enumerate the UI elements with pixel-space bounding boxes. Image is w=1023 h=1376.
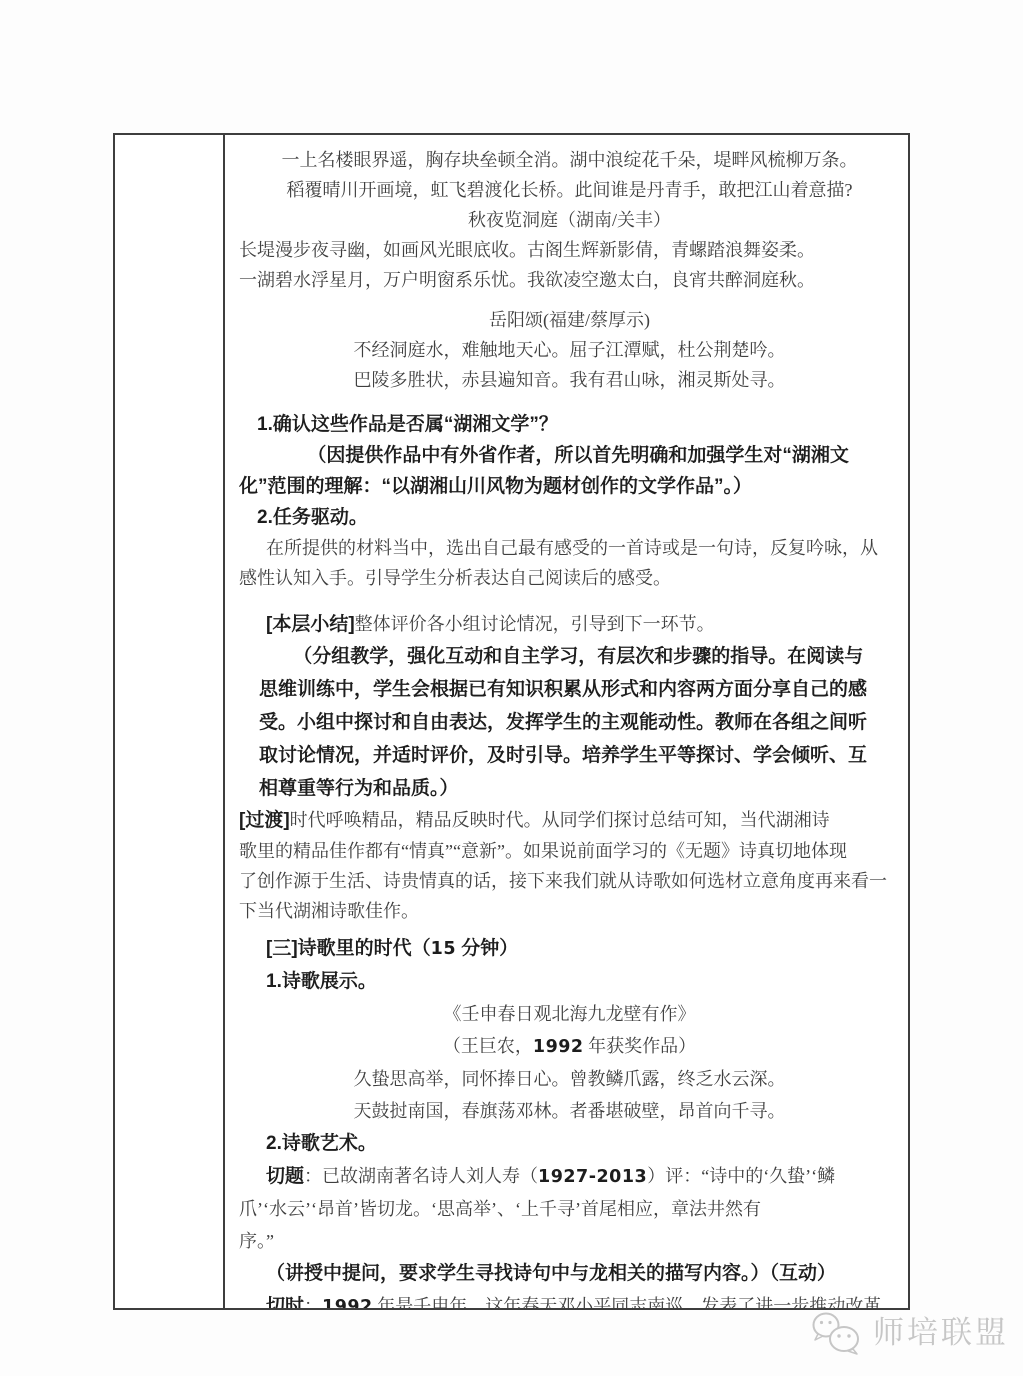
text-segment: （讲授中提问，要求学生寻找诗句中与龙相关的描写内容。）（互动） <box>266 1263 836 1284</box>
text-segment: 在所提供的材料当中，选出自己最有感受的一首诗或是一句诗，反复吟咏，从 <box>266 538 878 558</box>
text-segment: 受。小组中探讨和自由表达，发挥学生的主观能动性。教师在各组之间听 <box>259 712 867 733</box>
text-line: 1.诗歌展示。 <box>239 965 900 998</box>
text-line: 爪’‘水云’‘昂首’皆切龙。‘思高举’、‘上千寻’首尾相应，章法井然有 <box>239 1193 900 1225</box>
text-segment: 化”范围的理解：“以湖湘山川风物为题材创作的文学作品”。） <box>239 476 752 497</box>
text-segment: 下当代湖湘诗歌佳作。 <box>239 901 419 921</box>
text-segment: 序。” <box>239 1231 274 1251</box>
text-line: 序。” <box>239 1225 900 1257</box>
text-line: 歌里的精品佳作都有“情真”“意新”。如果说前面学习的《无题》诗真切地体现 <box>239 836 900 866</box>
text-segment: 岳阳颂(福建/蔡厚示) <box>489 310 650 330</box>
text-line: （因提供作品中有外省作者，所以首先明确和加强学生对“湖湘文 <box>239 440 900 471</box>
text-segment: （王巨农， <box>443 1036 533 1056</box>
text-line: 一上名楼眼界遥，胸存块垒顿全消。湖中浪绽花千朵，堤畔风梳柳万条。 <box>239 145 900 175</box>
table-content-cell: 一上名楼眼界遥，胸存块垒顿全消。湖中浪绽花千朵，堤畔风梳柳万条。稻覆晴川开画境，… <box>225 135 908 1308</box>
text-line: 切时：1992 年是壬申年，这年春天邓小平同志南巡，发表了进一步推动改革 <box>239 1290 900 1308</box>
text-line: 稻覆晴川开画境，虹飞碧渡化长桥。此间谁是丹青手，敢把江山着意描? <box>239 175 900 205</box>
text-line: 2.诗歌艺术。 <box>239 1127 900 1160</box>
lesson-plan-table: 一上名楼眼界遥，胸存块垒顿全消。湖中浪绽花千朵，堤畔风梳柳万条。稻覆晴川开画境，… <box>113 133 910 1310</box>
watermark-label: 师培联盟 <box>873 1310 1009 1356</box>
text-line: 巴陵多胜状，赤县遍知音。我有君山咏，湘灵斯处寻。 <box>239 365 900 395</box>
text-line: 切题：已故湖南著名诗人刘人寿（1927-2013）评：“诗中的‘久蛰’‘鳞 <box>239 1160 900 1193</box>
text-segment: 切时 <box>266 1296 304 1308</box>
text-segment: ）评：“诗中的‘久蛰’‘鳞 <box>647 1166 835 1186</box>
text-line: 相尊重等行为和品质。） <box>259 772 900 805</box>
text-line: 取讨论情况，并适时评价，及时引导。培养学生平等探讨、学会倾听、互 <box>259 739 900 772</box>
text-segment: 稻覆晴川开画境，虹飞碧渡化长桥。此间谁是丹青手，敢把江山着意描? <box>287 180 853 200</box>
text-segment: ：已故湖南著名诗人刘人寿（ <box>304 1166 538 1186</box>
text-segment: [过渡] <box>239 810 290 831</box>
text-segment: 年获奖作品） <box>584 1036 697 1056</box>
text-segment: （分组教学，强化互动和自主学习，有层次和步骤的指导。在阅读与 <box>293 646 863 667</box>
text-segment: 2.任务驱动。 <box>257 507 368 528</box>
text-segment: 不经洞庭水，难触地天心。屈子江潭赋，杜公荆楚吟。 <box>354 340 786 360</box>
text-segment: 切题 <box>266 1166 304 1187</box>
text-segment: 了创作源于生活、诗贵情真的话，接下来我们就从诗歌如何选材立意角度再来看一 <box>239 871 887 891</box>
text-line: 《壬申春日观北海九龙壁有作》 <box>239 998 900 1030</box>
text-segment: 巴陵多胜状，赤县遍知音。我有君山咏，湘灵斯处寻。 <box>354 370 786 390</box>
text-line: 岳阳颂(福建/蔡厚示) <box>239 305 900 335</box>
text-segment: 整体评价各小组讨论情况，引导到下一环节。 <box>355 614 715 634</box>
text-line: 在所提供的材料当中，选出自己最有感受的一首诗或是一句诗，反复吟咏，从 <box>239 533 900 563</box>
text-line: 长堤漫步夜寻幽，如画风光眼底收。古阁生辉新影倩，青螺踏浪舞姿柔。 <box>239 235 900 265</box>
text-segment: 1927-2013 <box>538 1167 647 1187</box>
text-line: 秋夜览洞庭（湖南/关丰） <box>239 205 900 235</box>
text-segment: 1.确认这些作品是否属“湖湘文学”？ <box>257 414 558 435</box>
text-line: 受。小组中探讨和自由表达，发挥学生的主观能动性。教师在各组之间听 <box>259 706 900 739</box>
text-segment: 分钟） <box>456 938 518 959</box>
chat-bubbles-logo-icon <box>811 1310 863 1356</box>
text-segment: 天鼓挝南国，春旗荡邓林。者番堪破壁，昂首向千寻。 <box>354 1101 786 1121</box>
text-segment: 歌里的精品佳作都有“情真”“意新”。如果说前面学习的《无题》诗真切地体现 <box>239 841 847 861</box>
text-segment: 相尊重等行为和品质。） <box>259 778 459 799</box>
content-lines: 一上名楼眼界遥，胸存块垒顿全消。湖中浪绽花千朵，堤畔风梳柳万条。稻覆晴川开画境，… <box>239 145 900 1308</box>
text-segment: 一湖碧水浮星月，万户明窗系乐忧。我欲凌空邀太白，良宵共醉洞庭秋。 <box>239 270 815 290</box>
text-line: 2.任务驱动。 <box>239 502 900 533</box>
text-line: 思维训练中，学生会根据已有知识积累从形式和内容两方面分享自己的感 <box>259 673 900 706</box>
text-line: （讲授中提问，要求学生寻找诗句中与龙相关的描写内容。）（互动） <box>239 1257 900 1290</box>
text-segment: 时代呼唤精品，精品反映时代。从同学们探讨总结可知，当代湖湘诗 <box>290 810 830 830</box>
text-line: [过渡]时代呼唤精品，精品反映时代。从同学们探讨总结可知，当代湖湘诗 <box>239 805 900 836</box>
text-segment: 久蛰思高举，同怀捧日心。曾教鳞爪露，终乏水云深。 <box>354 1069 786 1089</box>
text-line: [本层小结]整体评价各小组讨论情况，引导到下一环节。 <box>239 609 900 640</box>
text-segment: 爪’‘水云’‘昂首’皆切龙。‘思高举’、‘上千寻’首尾相应，章法井然有 <box>239 1199 761 1219</box>
text-segment: [本层小结] <box>266 614 355 635</box>
text-segment: 1.诗歌展示。 <box>266 971 377 992</box>
text-segment: 《壬申春日观北海九龙壁有作》 <box>444 1004 696 1024</box>
text-line: 1.确认这些作品是否属“湖湘文学”？ <box>239 409 900 440</box>
text-line: 天鼓挝南国，春旗荡邓林。者番堪破壁，昂首向千寻。 <box>239 1095 900 1127</box>
text-segment: 秋夜览洞庭（湖南/关丰） <box>468 210 671 230</box>
text-segment: 2.诗歌艺术。 <box>266 1133 377 1154</box>
text-line: 一湖碧水浮星月，万户明窗系乐忧。我欲凌空邀太白，良宵共醉洞庭秋。 <box>239 265 900 295</box>
text-line: （分组教学，强化互动和自主学习，有层次和步骤的指导。在阅读与 <box>259 640 900 673</box>
text-line: 下当代湖湘诗歌佳作。 <box>239 896 900 926</box>
text-segment: ： <box>304 1296 322 1308</box>
text-line: 久蛰思高举，同怀捧日心。曾教鳞爪露，终乏水云深。 <box>239 1063 900 1095</box>
text-segment: （因提供作品中有外省作者，所以首先明确和加强学生对“湖湘文 <box>307 445 849 466</box>
text-segment: 思维训练中，学生会根据已有知识积累从形式和内容两方面分享自己的感 <box>259 679 867 700</box>
text-segment: 取讨论情况，并适时评价，及时引导。培养学生平等探讨、学会倾听、互 <box>259 745 867 766</box>
text-segment: 感性认知入手。引导学生分析表达自己阅读后的感受。 <box>239 568 671 588</box>
text-segment: 一上名楼眼界遥，胸存块垒顿全消。湖中浪绽花千朵，堤畔风梳柳万条。 <box>282 150 858 170</box>
text-segment: 长堤漫步夜寻幽，如画风光眼底收。古阁生辉新影倩，青螺踏浪舞姿柔。 <box>239 240 815 260</box>
text-segment: [三]诗歌里的时代（ <box>266 938 431 959</box>
text-segment: 1992 <box>533 1037 584 1057</box>
watermark: 师培联盟 <box>811 1310 1009 1356</box>
text-segment: 1992 <box>322 1297 373 1308</box>
text-line: 感性认知入手。引导学生分析表达自己阅读后的感受。 <box>239 563 900 593</box>
table-left-cell <box>115 135 225 1308</box>
text-line: 化”范围的理解：“以湖湘山川风物为题材创作的文学作品”。） <box>239 471 900 502</box>
text-segment: 年是壬申年，这年春天邓小平同志南巡，发表了进一步推动改革 <box>373 1296 882 1308</box>
text-segment: 15 <box>431 939 456 959</box>
text-line: [三]诗歌里的时代（15 分钟） <box>239 932 900 965</box>
text-line: 了创作源于生活、诗贵情真的话，接下来我们就从诗歌如何选材立意角度再来看一 <box>239 866 900 896</box>
text-line: 不经洞庭水，难触地天心。屈子江潭赋，杜公荆楚吟。 <box>239 335 900 365</box>
text-line: （王巨农，1992 年获奖作品） <box>239 1030 900 1063</box>
